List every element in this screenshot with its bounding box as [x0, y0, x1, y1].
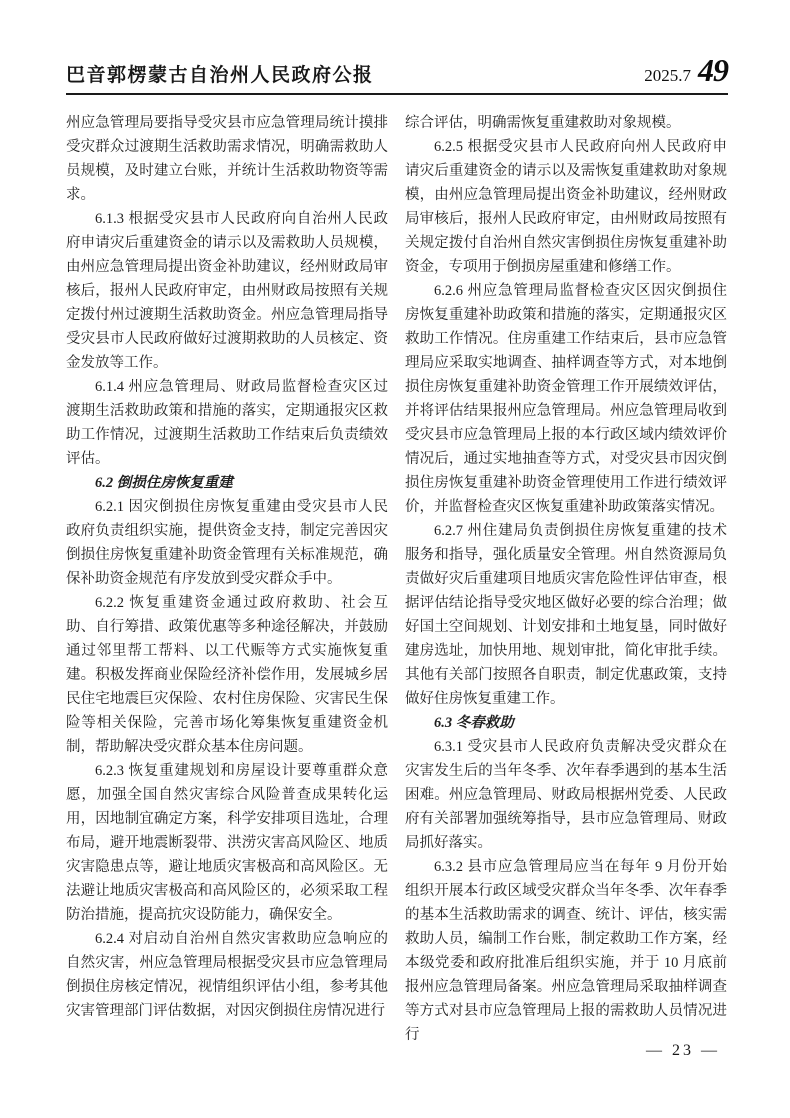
- left-column: 州应急管理局要指导受灾县市应急管理局统计摸排受灾群众过渡期生活救助需求情况，明确…: [66, 111, 388, 1047]
- paragraph-continued-6-1-2: 州应急管理局要指导受灾县市应急管理局统计摸排受灾群众过渡期生活救助需求情况，明确…: [66, 111, 388, 207]
- paragraph-6-2-2: 6.2.2 恢复重建资金通过政府救助、社会互助、自行筹措、政策优惠等多种途径解决…: [66, 591, 388, 759]
- issue-date: 2025.7: [644, 66, 691, 86]
- paragraph-6-2-7: 6.2.7 州住建局负责倒损住房恢复重建的技术服务和指导，强化质量安全管理。州自…: [405, 519, 727, 711]
- paragraph-6-3-1: 6.3.1 受灾县市人民政府负责解决受灾群众在灾害发生后的当年冬季、次年春季遇到…: [405, 735, 727, 855]
- paragraph-6-1-4: 6.1.4 州应急管理局、财政局监督检查灾区过渡期生活救助政策和措施的落实，定期…: [66, 375, 388, 471]
- right-column: 综合评估，明确需恢复重建救助对象规模。 6.2.5 根据受灾县市人民政府向州人民…: [405, 111, 727, 1047]
- paragraph-6-2-4: 6.2.4 对启动自治州自然灾害救助应急响应的自然灾害，州应急管理局根据受灾县市…: [66, 927, 388, 1023]
- paragraph-continued-6-2-4: 综合评估，明确需恢复重建救助对象规模。: [405, 111, 727, 135]
- page-number: — 23 —: [646, 1042, 720, 1060]
- page-header: 巴音郭楞蒙古自治州人民政府公报 2025.7 49: [66, 0, 728, 93]
- gazette-title: 巴音郭楞蒙古自治州人民政府公报: [66, 60, 374, 87]
- paragraph-6-2-6: 6.2.6 州应急管理局监督检查灾区因灾倒损住房恢复重建补助政策和措施的落实，定…: [405, 279, 727, 519]
- section-heading-6-2: 6.2 倒损住房恢复重建: [66, 471, 388, 495]
- paragraph-6-2-1: 6.2.1 因灾倒损住房恢复重建由受灾县市人民政府负责组织实施，提供资金支持，制…: [66, 495, 388, 591]
- paragraph-6-3-2: 6.3.2 县市应急管理局应当在每年 9 月份开始组织开展本行政区域受灾群众当年…: [405, 855, 727, 1047]
- text-columns: 州应急管理局要指导受灾县市应急管理局统计摸排受灾群众过渡期生活救助需求情况，明确…: [66, 111, 728, 1047]
- header-rule: [66, 93, 728, 95]
- section-heading-6-3: 6.3 冬春救助: [405, 711, 727, 735]
- gazette-page: 巴音郭楞蒙古自治州人民政府公报 2025.7 49 州应急管理局要指导受灾县市应…: [0, 0, 790, 1118]
- paragraph-6-2-5: 6.2.5 根据受灾县市人民政府向州人民政府申请灾后重建资金的请示以及需恢复重建…: [405, 135, 727, 279]
- paragraph-6-2-3: 6.2.3 恢复重建规划和房屋设计要尊重群众意愿，加强全国自然灾害综合风险普查成…: [66, 759, 388, 927]
- issue-number: 49: [698, 54, 728, 86]
- paragraph-6-1-3: 6.1.3 根据受灾县市人民政府向自治州人民政府申请灾后重建资金的请示以及需救助…: [66, 207, 388, 375]
- page-content: 巴音郭楞蒙古自治州人民政府公报 2025.7 49 州应急管理局要指导受灾县市应…: [66, 0, 728, 1047]
- issue-info: 2025.7 49: [644, 54, 728, 86]
